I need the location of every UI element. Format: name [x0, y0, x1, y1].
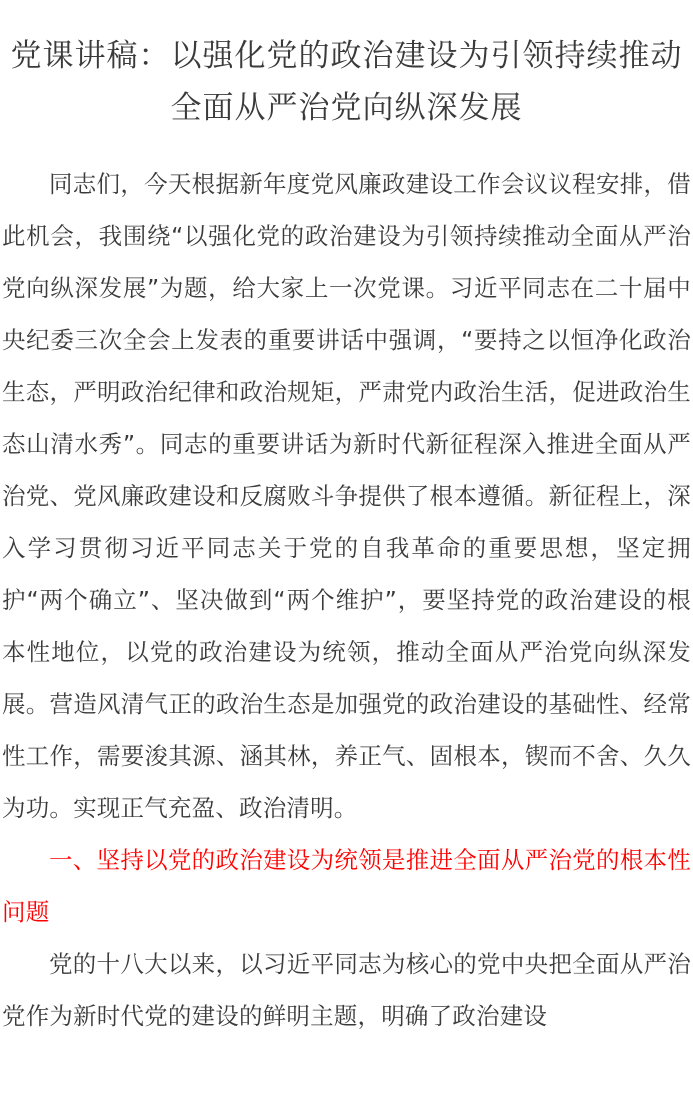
- article-title: 党课讲稿：以强化党的政治建设为引领持续推动全面从严治党向纵深发展: [0, 0, 693, 134]
- article-body: 同志们，今天根据新年度党风廉政建设工作会议议程安排，借此机会，我围绕“以强化党的…: [0, 158, 693, 1042]
- intro-paragraph: 同志们，今天根据新年度党风廉政建设工作会议议程安排，借此机会，我围绕“以强化党的…: [0, 158, 693, 834]
- section-1-paragraph: 党的十八大以来，以习近平同志为核心的党中央把全面从严治党作为新时代党的建设的鲜明…: [0, 938, 693, 1042]
- section-heading-1: 一、坚持以党的政治建设为统领是推进全面从严治党的根本性问题: [0, 834, 693, 938]
- article: 党课讲稿：以强化党的政治建设为引领持续推动全面从严治党向纵深发展 同志们，今天根…: [0, 0, 693, 1042]
